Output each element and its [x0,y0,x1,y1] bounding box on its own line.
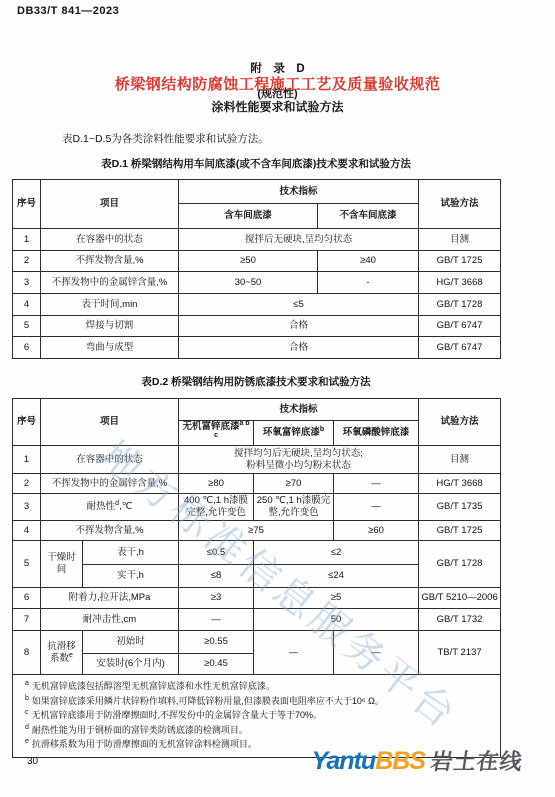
col-header-without-primer: 不含车间底漆 [318,204,419,229]
cell-method: GB/T 6747 [419,337,501,359]
table-row: 2 不挥发物中的金属锌含量,% ≥80 ≥70 — HG/T 3668 [13,474,501,494]
cell-value: — [334,494,419,521]
cell-no: 5 [13,316,41,337]
cell-method: HG/T 3668 [419,474,501,494]
cell-value: ≥70 [254,474,334,494]
header-label: 环氧富锌底漆 [263,427,320,438]
footnote-mark: d [25,724,29,731]
cell-item: 焊接与切割 [41,316,179,337]
table-row: 1 在容器中的状态 搅拌均匀后无硬块,呈均匀状态; 粉料呈微小均匀粉末状态 目测 [13,446,501,474]
yantubbs-logo: YantuBBS岩土在线 [312,745,523,776]
cell-item: 不挥发物含量,% [41,251,179,272]
cell-item-group: 干燥时间 [41,541,83,588]
item-unit: ,℃ [119,501,132,512]
cell-value: — [334,474,419,494]
cell-method: GB/T 5210—2006 [419,588,501,609]
table-d1-title: 表D.1 桥梁钢结构用车间底漆(或不含车间底漆)技术要求和试验方法 [12,157,500,171]
cell-subitem: 初始时 [83,631,179,654]
cell-no: 8 [13,631,41,675]
cell-method: GB/T 1728 [419,541,501,588]
cell-value: — [254,631,334,675]
cell-value: - [318,272,419,294]
cell-value: 250 ℃,1 h漆膜完整,允许变色 [254,494,334,521]
page-title: 涂料性能要求和试验方法 [0,98,555,115]
footnote-mark: c [25,709,29,716]
footnote: c无机富锌底漆用于防滑摩擦面时,不挥发份中的金属锌含量大于等于70%。 [21,708,494,723]
cell-item: 不挥发物中的金属锌含量,% [41,272,179,294]
value-line: 搅拌均匀后无硬块,呈均匀状态; [181,448,416,460]
cell-value: ≥0.45 [179,654,254,675]
col-header-tech: 技术指标 [179,180,419,204]
footnote-text: 耐热性能为用于钢桥面的富锌类防锈底漆的检测项目。 [32,725,248,735]
cell-value: ≤0.5 [179,541,254,565]
doc-code: DB33/T 841—2023 [17,5,119,17]
cell-value: ≥0.55 [179,631,254,654]
col-header-zinc-phosphate: 环氧磷酸锌底漆 [334,421,419,446]
cell-method: GB/T 6747 [419,316,501,337]
document-page: DB33/T 841—2023 附 录 D 桥梁钢结构防腐蚀工程施工工艺及质量验… [0,0,555,797]
cell-no: 2 [13,251,41,272]
table-row: 序号 项目 技术指标 试验方法 [13,180,501,204]
table-row: 5 焊接与切割 合格 GB/T 6747 [13,316,501,337]
table-row: 序号 项目 技术指标 试验方法 [13,399,501,421]
cell-no: 3 [13,272,41,294]
red-overlay-title: 桥梁钢结构防腐蚀工程施工工艺及质量验收规范 [0,73,555,94]
cell-no: 4 [13,294,41,316]
cell-no: 7 [13,609,41,631]
cell-no: 6 [13,588,41,609]
col-header-method: 试验方法 [419,180,501,229]
table-row: 7 耐冲击性,cm — 50 GB/T 1732 [13,609,501,631]
cell-no: 1 [13,229,41,251]
cell-value: — [179,609,254,631]
cell-item: 耐冲击性,cm [41,609,179,631]
cell-no: 5 [13,541,41,588]
footnote: b如果富锌底漆采用鳞片状锌粉作填料,可降低锌粉用量,但漆膜表面电阻率应不大于10… [21,694,494,709]
footnote-mark: e [25,738,29,745]
col-header-no: 序号 [13,399,41,446]
cell-value: 400 ℃,1 h漆膜完整,允许变色 [179,494,254,521]
cell-item: 在容器中的状态 [41,229,179,251]
cell-value: ≤5 [179,294,419,316]
table-d1: 序号 项目 技术指标 试验方法 含车间底漆 不含车间底漆 1 在容器中的状态 搅… [12,179,501,359]
table-row: 4 不挥发物含量,% ≥75 ≥60 GB/T 1725 [13,521,501,541]
footnote-text: 无机富锌底漆包括醇溶型无机富锌底漆和水性无机富锌底漆。 [32,681,275,691]
cell-subitem: 表干,h [83,541,179,565]
footnote-text: 抗滑移系数为用于防滑摩擦面的无机富锌涂料检测项目。 [32,739,257,749]
cell-method: GB/T 1725 [419,251,501,272]
cell-value: 搅拌后无硬块,呈均匀状态 [179,229,419,251]
cell-value: ≤2 [254,541,419,565]
cell-value: — [334,631,419,675]
footnote-text: 如果富锌底漆采用鳞片状锌粉作填料,可降低锌粉用量,但漆膜表面电阻率应不大于10⁶… [32,696,384,706]
value-line: 粉料呈微小均匀粉末状态 [181,460,416,472]
cell-value: 合格 [179,316,419,337]
table-row: 2 不挥发物含量,% ≥50 ≥40 GB/T 1725 [13,251,501,272]
cell-no: 4 [13,521,41,541]
cell-no: 6 [13,337,41,359]
cell-item-group: 抗滑移系数e [41,631,83,675]
table-row: 4 表干时间,min ≤5 GB/T 1728 [13,294,501,316]
cell-item: 附着力,拉开法,MPa [41,588,179,609]
cell-value: 搅拌均匀后无硬块,呈均匀状态; 粉料呈微小均匀粉末状态 [179,446,419,474]
table-row: 5 干燥时间 表干,h ≤0.5 ≤2 GB/T 1728 [13,541,501,565]
col-header-inorganic-zinc: 无机富锌底漆a b c [179,421,254,446]
table-row: 3 不挥发物中的金属锌含量,% 30~50 - HG/T 3668 [13,272,501,294]
table-row: 6 附着力,拉开法,MPa ≥3 ≥5 GB/T 5210—2006 [13,588,501,609]
content-area: 表D.1 桥梁钢结构用车间底漆(或不含车间底漆)技术要求和试验方法 序号 项目 … [12,157,500,758]
cell-method: 目测 [419,446,501,474]
cell-value: 50 [254,609,419,631]
footnote-mark: a [25,680,29,687]
cell-value: ≥5 [254,588,419,609]
col-header-no: 序号 [13,180,41,229]
cell-method: 目测 [419,229,501,251]
cell-item: 不挥发物含量,% [41,521,179,541]
table-row: 1 在容器中的状态 搅拌后无硬块,呈均匀状态 目测 [13,229,501,251]
item-label: 耐热性 [87,501,116,512]
cell-item: 弯曲与成型 [41,337,179,359]
table-d2-title: 表D.2 桥梁钢结构用防锈底漆技术要求和试验方法 [12,375,500,389]
table-d2: 序号 项目 技术指标 试验方法 无机富锌底漆a b c 环氧富锌底漆b 环氧磷酸… [12,398,501,758]
col-header-item: 项目 [41,180,179,229]
cell-method: TB/T 2137 [419,631,501,675]
cell-no: 3 [13,494,41,521]
cell-subitem: 安装时(6个月内) [83,654,179,675]
col-header-item: 项目 [41,399,179,446]
footnote-text: 无机富锌底漆用于防滑摩擦面时,不挥发份中的金属锌含量大于等于70%。 [32,710,323,720]
cell-no: 1 [13,446,41,474]
logo-text-yantu: Yantu [312,747,376,775]
cell-item: 耐热性d,℃ [41,494,179,521]
intro-paragraph: 表D.1~D.5为各类涂料性能要求和试验方法。 [62,131,269,146]
table-row: 3 耐热性d,℃ 400 ℃,1 h漆膜完整,允许变色 250 ℃,1 h漆膜完… [13,494,501,521]
cell-method: GB/T 1732 [419,609,501,631]
cell-item: 不挥发物中的金属锌含量,% [41,474,179,494]
footnote: d耐热性能为用于钢桥面的富锌类防锈底漆的检测项目。 [21,723,494,738]
cell-value: 30~50 [179,272,318,294]
cell-method: GB/T 1735 [419,494,501,521]
cell-value: ≥60 [334,521,419,541]
col-header-with-primer: 含车间底漆 [179,204,318,229]
cell-value: ≥3 [179,588,254,609]
cell-method: GB/T 1725 [419,521,501,541]
table-row: 8 抗滑移系数e 初始时 ≥0.55 — — TB/T 2137 [13,631,501,654]
cell-subitem: 实干,h [83,565,179,588]
cell-value: ≥75 [179,521,334,541]
cell-value: 合格 [179,337,419,359]
cell-value: ≥80 [179,474,254,494]
cell-value: ≤24 [254,565,419,588]
header-label: 无机富锌底漆 [182,421,239,432]
footnote-ref: e [69,651,73,658]
cell-no: 2 [13,474,41,494]
footnote-mark: b [25,695,29,702]
col-header-tech: 技术指标 [179,399,419,421]
col-header-epoxy-zinc: 环氧富锌底漆b [254,421,334,446]
cell-method: HG/T 3668 [419,272,501,294]
logo-text-cn: 岩土在线 [429,745,525,776]
cell-value: ≥50 [179,251,318,272]
cell-item: 表干时间,min [41,294,179,316]
cell-value: ≥40 [318,251,419,272]
col-header-method: 试验方法 [419,399,501,446]
footnote-ref: b [320,426,324,433]
cell-item: 在容器中的状态 [41,446,179,474]
table-row: 6 弯曲与成型 合格 GB/T 6747 [13,337,501,359]
logo-text-bbs: BBS [375,747,425,775]
cell-value: ≤8 [179,565,254,588]
cell-method: GB/T 1728 [419,294,501,316]
footnote: a无机富锌底漆包括醇溶型无机富锌底漆和水性无机富锌底漆。 [21,679,494,694]
